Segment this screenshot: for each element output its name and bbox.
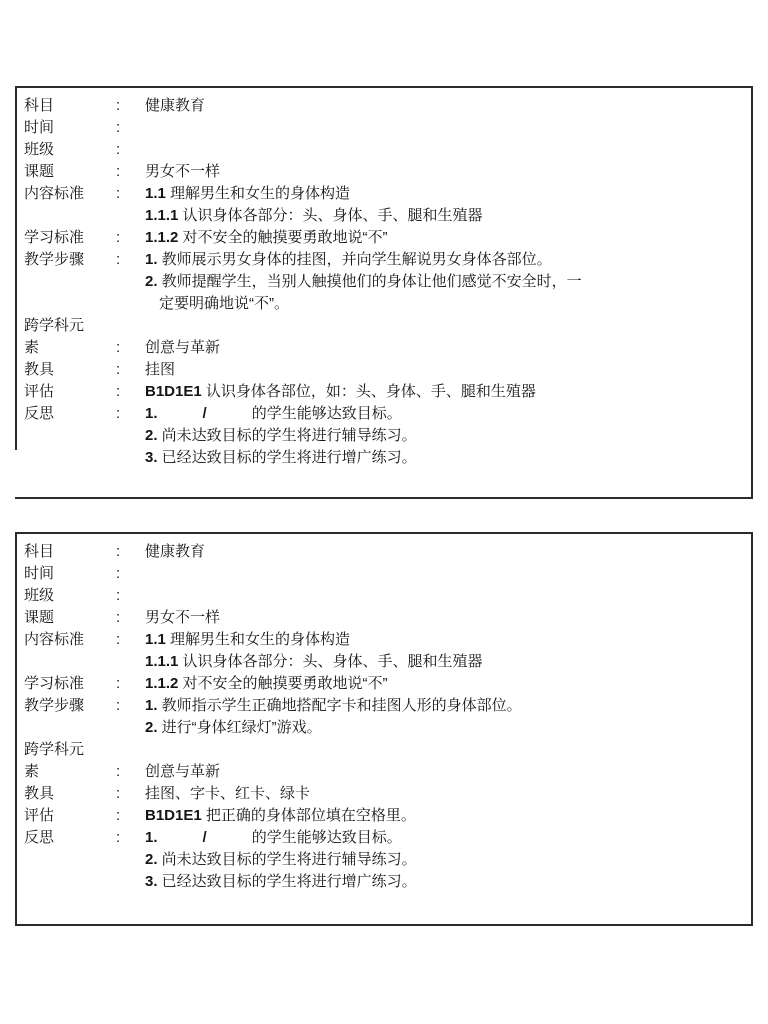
- text-segment: 的学生能够达致目标。: [207, 405, 402, 422]
- text-segment: 已经达致目标的学生将进行增广练习。: [158, 873, 417, 890]
- text-segment: 挂图: [145, 361, 175, 378]
- bold-text-segment: 1.1: [145, 185, 166, 202]
- text-segment: 男女不一样: [145, 609, 220, 626]
- field-row: 教学步骤:1. 教师展示男女身体的挂图，并向学生解说男女身体各部位。2. 教师提…: [24, 249, 743, 315]
- field-label: 班级: [24, 139, 116, 161]
- bold-text-segment: 3.: [145, 873, 158, 890]
- text-segment: 创意与革新: [145, 339, 220, 356]
- field-row: 学习标准:1.1.2 对不安全的触摸要勇敢地说“不”: [24, 227, 743, 249]
- colon-separator: :: [116, 607, 145, 629]
- field-value: 男女不一样: [145, 161, 743, 183]
- field-row: 反思:1. / 的学生能够达致目标。2. 尚未达致目标的学生将进行辅导练习。3.…: [24, 403, 743, 469]
- text-segment: 认识身体各部分：头、身体、手、腿和生殖器: [178, 207, 482, 224]
- value-line: 2. 进行“身体红绿灯”游戏。: [145, 717, 743, 739]
- colon-separator: :: [116, 249, 145, 271]
- text-segment: 男女不一样: [145, 163, 220, 180]
- text-segment: 教师提醒学生，当别人触摸他们的身体让他们感觉不安全时，一: [158, 273, 582, 290]
- value-line: 3. 已经达致目标的学生将进行增广练习。: [145, 447, 743, 469]
- field-row: 跨学科元 素:创意与革新: [24, 739, 743, 783]
- value-line: 1.1.2 对不安全的触摸要勇敢地说“不”: [145, 673, 743, 695]
- value-line: 1.1 理解男生和女生的身体构造: [145, 183, 743, 205]
- field-value: 1.1 理解男生和女生的身体构造1.1.1 认识身体各部分：头、身体、手、腿和生…: [145, 183, 743, 227]
- field-label: 教学步骤: [24, 695, 116, 717]
- value-line: 1.1.1 认识身体各部分：头、身体、手、腿和生殖器: [145, 205, 743, 227]
- field-label: 反思: [24, 827, 116, 849]
- value-line: 男女不一样: [145, 607, 743, 629]
- field-label: 教具: [24, 359, 116, 381]
- bold-text-segment: 2.: [145, 273, 158, 290]
- text-segment: 健康教育: [145, 97, 205, 114]
- colon-separator: :: [116, 359, 145, 381]
- field-label: 学习标准: [24, 673, 116, 695]
- colon-separator: :: [116, 585, 145, 607]
- field-label: 反思: [24, 403, 116, 425]
- field-value: 男女不一样: [145, 607, 743, 629]
- bold-text-segment: 2.: [145, 719, 158, 736]
- value-line: 1. / 的学生能够达致目标。: [145, 403, 743, 425]
- bold-text-segment: 3.: [145, 449, 158, 466]
- value-line: B1D1E1 把正确的身体部位填在空格里。: [145, 805, 743, 827]
- colon-separator: :: [116, 337, 145, 359]
- value-line: 创意与革新: [145, 337, 743, 359]
- field-value: B1D1E1 把正确的身体部位填在空格里。: [145, 805, 743, 827]
- bold-text-segment: 2.: [145, 427, 158, 444]
- colon-separator: :: [116, 95, 145, 117]
- document-page: 科目:健康教育时间:班级:课题:男女不一样内容标准:1.1 理解男生和女生的身体…: [0, 0, 768, 1024]
- bold-text-segment: 1.: [145, 405, 158, 422]
- border-gap: [15, 450, 17, 497]
- field-row: 教具:挂图、字卡、红卡、绿卡: [24, 783, 743, 805]
- colon-separator: :: [116, 227, 145, 249]
- value-line: B1D1E1 认识身体各部位，如：头、身体、手、腿和生殖器: [145, 381, 743, 403]
- value-line: 2. 教师提醒学生，当别人触摸他们的身体让他们感觉不安全时，一: [145, 271, 743, 293]
- field-value: 1.1.2 对不安全的触摸要勇敢地说“不”: [145, 673, 743, 695]
- bold-text-segment: 1.1: [145, 631, 166, 648]
- text-segment: [158, 405, 203, 422]
- bold-text-segment: 2.: [145, 851, 158, 868]
- field-label: 课题: [24, 161, 116, 183]
- text-segment: 定要明确地说“不”。: [159, 295, 289, 312]
- field-row: 课题:男女不一样: [24, 607, 743, 629]
- value-line: 男女不一样: [145, 161, 743, 183]
- field-label: 内容标准: [24, 629, 116, 651]
- value-line: 定要明确地说“不”。: [145, 293, 743, 315]
- field-value: 1.1.2 对不安全的触摸要勇敢地说“不”: [145, 227, 743, 249]
- colon-separator: :: [116, 629, 145, 651]
- field-value: 创意与革新: [145, 337, 743, 359]
- text-segment: 认识身体各部分：头、身体、手、腿和生殖器: [178, 653, 482, 670]
- text-segment: [158, 829, 203, 846]
- value-line: 1.1.1 认识身体各部分：头、身体、手、腿和生殖器: [145, 651, 743, 673]
- value-line: 2. 尚未达致目标的学生将进行辅导练习。: [145, 425, 743, 447]
- field-row: 学习标准:1.1.2 对不安全的触摸要勇敢地说“不”: [24, 673, 743, 695]
- value-line: 挂图、字卡、红卡、绿卡: [145, 783, 743, 805]
- text-segment: 进行“身体红绿灯”游戏。: [158, 719, 322, 736]
- bold-text-segment: 1.: [145, 829, 158, 846]
- text-segment: 教师指示学生正确地搭配字卡和挂图人形的身体部位。: [158, 697, 522, 714]
- field-row: 反思:1. / 的学生能够达致目标。2. 尚未达致目标的学生将进行辅导练习。3.…: [24, 827, 743, 893]
- field-label: 课题: [24, 607, 116, 629]
- value-line: 创意与革新: [145, 761, 743, 783]
- value-line: 1. 教师展示男女身体的挂图，并向学生解说男女身体各部位。: [145, 249, 743, 271]
- colon-separator: :: [116, 139, 145, 161]
- text-segment: 尚未达致目标的学生将进行辅导练习。: [158, 851, 417, 868]
- field-label: 教具: [24, 783, 116, 805]
- field-label: 学习标准: [24, 227, 116, 249]
- text-segment: 健康教育: [145, 543, 205, 560]
- value-line: 1. 教师指示学生正确地搭配字卡和挂图人形的身体部位。: [145, 695, 743, 717]
- field-row: 内容标准:1.1 理解男生和女生的身体构造1.1.1 认识身体各部分：头、身体、…: [24, 629, 743, 673]
- value-line: 1.1.2 对不安全的触摸要勇敢地说“不”: [145, 227, 743, 249]
- colon-separator: :: [116, 541, 145, 563]
- value-line: 2. 尚未达致目标的学生将进行辅导练习。: [145, 849, 743, 871]
- colon-separator: :: [116, 805, 145, 827]
- field-value: 1. 教师指示学生正确地搭配字卡和挂图人形的身体部位。2. 进行“身体红绿灯”游…: [145, 695, 743, 739]
- value-line: 1. / 的学生能够达致目标。: [145, 827, 743, 849]
- field-row: 教具:挂图: [24, 359, 743, 381]
- bold-text-segment: 1.1.2: [145, 675, 178, 692]
- field-label: 班级: [24, 585, 116, 607]
- field-value: 1. 教师展示男女身体的挂图，并向学生解说男女身体各部位。2. 教师提醒学生，当…: [145, 249, 743, 315]
- field-label: 教学步骤: [24, 249, 116, 271]
- field-value: 1. / 的学生能够达致目标。2. 尚未达致目标的学生将进行辅导练习。3. 已经…: [145, 827, 743, 893]
- field-label: 科目: [24, 95, 116, 117]
- field-label: 时间: [24, 563, 116, 585]
- field-row: 课题:男女不一样: [24, 161, 743, 183]
- field-label: 评估: [24, 805, 116, 827]
- bold-text-segment: 1.1.1: [145, 207, 178, 224]
- field-value: 挂图、字卡、红卡、绿卡: [145, 783, 743, 805]
- colon-separator: :: [116, 673, 145, 695]
- field-label: 内容标准: [24, 183, 116, 205]
- field-value: 健康教育: [145, 541, 743, 563]
- field-row: 时间:: [24, 117, 743, 139]
- field-value: 挂图: [145, 359, 743, 381]
- value-line: 1.1 理解男生和女生的身体构造: [145, 629, 743, 651]
- text-segment: 创意与革新: [145, 763, 220, 780]
- field-row: 跨学科元 素:创意与革新: [24, 315, 743, 359]
- text-segment: 对不安全的触摸要勇敢地说“不”: [178, 229, 387, 246]
- text-segment: 教师展示男女身体的挂图，并向学生解说男女身体各部位。: [158, 251, 552, 268]
- field-label: 时间: [24, 117, 116, 139]
- value-line: 健康教育: [145, 541, 743, 563]
- bold-text-segment: 1.1.1: [145, 653, 178, 670]
- colon-separator: :: [116, 783, 145, 805]
- field-row: 班级:: [24, 139, 743, 161]
- bold-text-segment: 1.: [145, 251, 158, 268]
- field-value: 1.1 理解男生和女生的身体构造1.1.1 认识身体各部分：头、身体、手、腿和生…: [145, 629, 743, 673]
- text-segment: 认识身体各部位，如：头、身体、手、腿和生殖器: [202, 383, 536, 400]
- colon-separator: :: [116, 183, 145, 205]
- bold-text-segment: B1D1E1: [145, 807, 202, 824]
- field-value: 健康教育: [145, 95, 743, 117]
- text-segment: 把正确的身体部位填在空格里。: [202, 807, 416, 824]
- text-segment: 挂图、字卡、红卡、绿卡: [145, 785, 310, 802]
- field-row: 评估:B1D1E1 把正确的身体部位填在空格里。: [24, 805, 743, 827]
- bold-text-segment: B1D1E1: [145, 383, 202, 400]
- text-segment: 已经达致目标的学生将进行增广练习。: [158, 449, 417, 466]
- field-row: 科目:健康教育: [24, 95, 743, 117]
- colon-separator: :: [116, 695, 145, 717]
- value-line: 3. 已经达致目标的学生将进行增广练习。: [145, 871, 743, 893]
- field-value: B1D1E1 认识身体各部位，如：头、身体、手、腿和生殖器: [145, 381, 743, 403]
- field-label: 科目: [24, 541, 116, 563]
- colon-separator: :: [116, 117, 145, 139]
- colon-separator: :: [116, 827, 145, 849]
- field-label: 跨学科元 素: [24, 315, 116, 359]
- text-segment: 的学生能够达致目标。: [207, 829, 402, 846]
- text-segment: 对不安全的触摸要勇敢地说“不”: [178, 675, 387, 692]
- field-value: 1. / 的学生能够达致目标。2. 尚未达致目标的学生将进行辅导练习。3. 已经…: [145, 403, 743, 469]
- field-label: 评估: [24, 381, 116, 403]
- field-row: 时间:: [24, 563, 743, 585]
- field-label: 跨学科元 素: [24, 739, 116, 783]
- colon-separator: :: [116, 381, 145, 403]
- bold-text-segment: 1.1.2: [145, 229, 178, 246]
- text-segment: 理解男生和女生的身体构造: [166, 185, 350, 202]
- colon-separator: :: [116, 563, 145, 585]
- field-row: 班级:: [24, 585, 743, 607]
- lesson-plan-table-1: 科目:健康教育时间:班级:课题:男女不一样内容标准:1.1 理解男生和女生的身体…: [15, 86, 753, 499]
- colon-separator: :: [116, 161, 145, 183]
- field-value: 创意与革新: [145, 761, 743, 783]
- text-segment: 尚未达致目标的学生将进行辅导练习。: [158, 427, 417, 444]
- bold-text-segment: 1.: [145, 697, 158, 714]
- value-line: 挂图: [145, 359, 743, 381]
- text-segment: 理解男生和女生的身体构造: [166, 631, 350, 648]
- field-row: 科目:健康教育: [24, 541, 743, 563]
- lesson-plan-table-2: 科目:健康教育时间:班级:课题:男女不一样内容标准:1.1 理解男生和女生的身体…: [15, 532, 753, 926]
- field-row: 教学步骤:1. 教师指示学生正确地搭配字卡和挂图人形的身体部位。2. 进行“身体…: [24, 695, 743, 739]
- field-row: 评估:B1D1E1 认识身体各部位，如：头、身体、手、腿和生殖器: [24, 381, 743, 403]
- colon-separator: :: [116, 403, 145, 425]
- colon-separator: :: [116, 761, 145, 783]
- field-row: 内容标准:1.1 理解男生和女生的身体构造1.1.1 认识身体各部分：头、身体、…: [24, 183, 743, 227]
- value-line: 健康教育: [145, 95, 743, 117]
